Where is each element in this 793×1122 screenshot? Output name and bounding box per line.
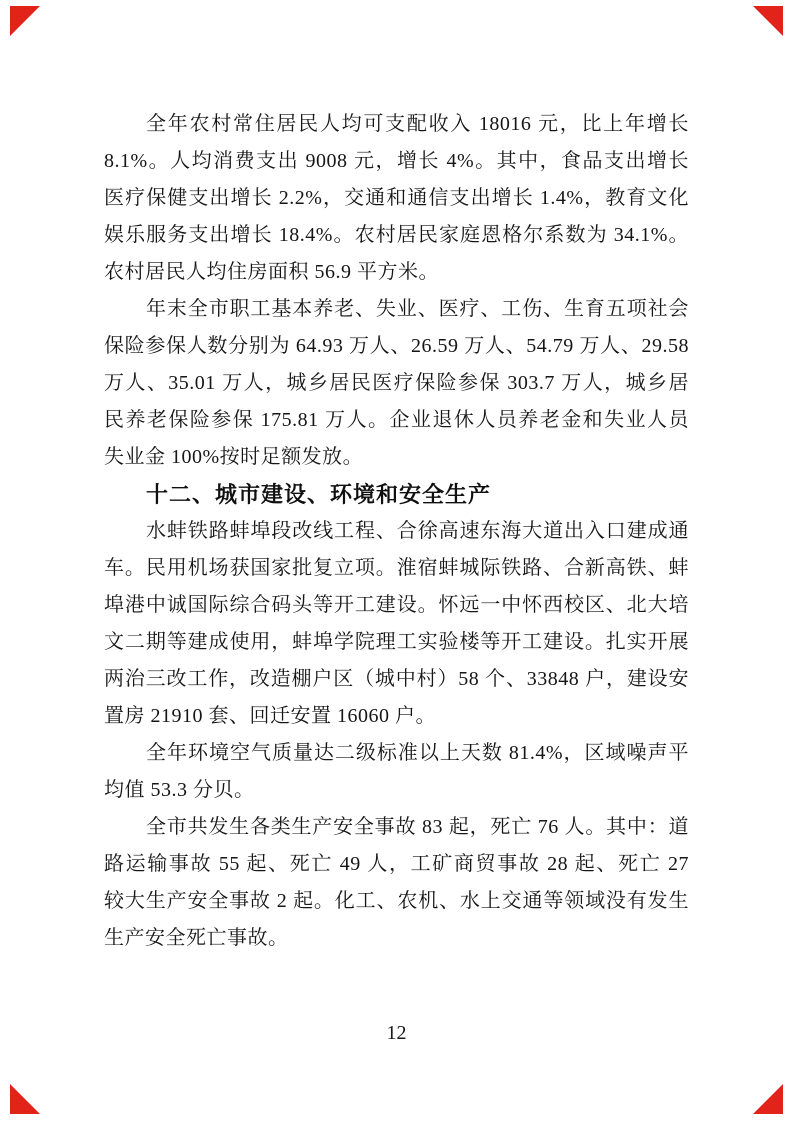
page-number: 12: [0, 1022, 793, 1045]
body-line: 万人、35.01 万人，城乡居民医疗保险参保 303.7 万人，城乡居: [104, 365, 689, 402]
body-line: 农村居民人均住房面积 56.9 平方米。: [104, 254, 689, 291]
section-heading: 十二、城市建设、环境和安全生产: [104, 476, 689, 513]
body-line: 水蚌铁路蚌埠段改线工程、合徐高速东海大道出入口建成通: [104, 513, 689, 550]
body-line: 失业金 100%按时足额发放。: [104, 439, 689, 476]
corner-mark-top-right-icon: [753, 6, 783, 36]
body-line: 埠港中诚国际综合码头等开工建设。怀远一中怀西校区、北大培: [104, 587, 689, 624]
body-line: 保险参保人数分别为 64.93 万人、26.59 万人、54.79 万人、29.…: [104, 328, 689, 365]
body-line: 民养老保险参保 175.81 万人。企业退休人员养老金和失业人员: [104, 402, 689, 439]
body-line: 较大生产安全事故 2 起。化工、农机、水上交通等领域没有发生: [104, 883, 689, 920]
body-line: 全年农村常住居民人均可支配收入 18016 元，比上年增长: [104, 106, 689, 143]
body-line: 娱乐服务支出增长 18.4%。农村居民家庭恩格尔系数为 34.1%。: [104, 217, 689, 254]
body-line: 置房 21910 套、回迁安置 16060 户。: [104, 698, 689, 735]
body-line: 两治三改工作，改造棚户区（城中村）58 个、33848 户，建设安: [104, 661, 689, 698]
body-line: 均值 53.3 分贝。: [104, 772, 689, 809]
corner-mark-top-left-icon: [10, 6, 40, 36]
corner-mark-bottom-left-icon: [10, 1084, 40, 1114]
document-page: 全年农村常住居民人均可支配收入 18016 元，比上年增长8.1%。人均消费支出…: [0, 0, 793, 1122]
body-line: 全市共发生各类生产安全事故 83 起，死亡 76 人。其中：道: [104, 809, 689, 846]
body-line: 8.1%。人均消费支出 9008 元，增长 4%。其中，食品支出增长 3.2%，: [104, 143, 689, 180]
body-line: 医疗保健支出增长 2.2%，交通和通信支出增长 1.4%，教育文化: [104, 180, 689, 217]
body-line: 路运输事故 55 起、死亡 49 人，工矿商贸事故 28 起、死亡 27 人，: [104, 846, 689, 883]
body-line: 全年环境空气质量达二级标准以上天数 81.4%，区域噪声平: [104, 735, 689, 772]
body-line: 生产安全死亡事故。: [104, 920, 689, 957]
body-line: 车。民用机场获国家批复立项。淮宿蚌城际铁路、合新高铁、蚌: [104, 550, 689, 587]
body-line: 年末全市职工基本养老、失业、医疗、工伤、生育五项社会: [104, 291, 689, 328]
corner-mark-bottom-right-icon: [753, 1084, 783, 1114]
document-body: 全年农村常住居民人均可支配收入 18016 元，比上年增长8.1%。人均消费支出…: [104, 106, 689, 957]
body-line: 文二期等建成使用，蚌埠学院理工实验楼等开工建设。扎实开展: [104, 624, 689, 661]
